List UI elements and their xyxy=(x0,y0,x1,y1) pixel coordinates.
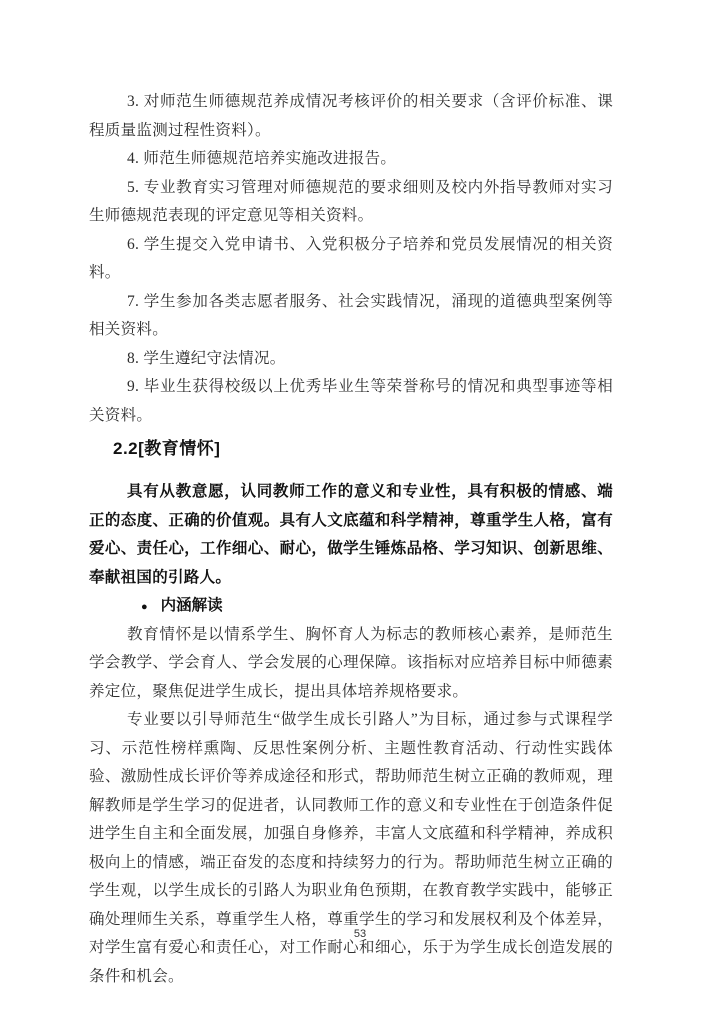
numbered-item: 7. 学生参加各类志愿者服务、社会实践情况，涌现的道德典型案例等相关资料。 xyxy=(89,288,613,345)
numbered-item: 9. 毕业生获得校级以上优秀毕业生等荣誉称号的情况和典型事迹等相关资料。 xyxy=(89,373,613,430)
bullet-list-item: ● 内涵解读 xyxy=(141,592,613,621)
numbered-item: 6. 学生提交入党申请书、入党积极分子培养和党员发展情况的相关资料。 xyxy=(89,231,613,288)
bullet-icon: ● xyxy=(141,593,148,622)
bullet-label: 内涵解读 xyxy=(161,592,223,621)
numbered-item: 8. 学生遵纪守法情况。 xyxy=(89,345,613,374)
body-paragraph: 专业要以引导师范生“做学生成长引路人”为目标，通过参与式课程学习、示范性榜样熏陶… xyxy=(89,706,613,991)
page-number: 53 xyxy=(0,928,720,940)
numbered-item: 4. 师范生师德规范培养实施改进报告。 xyxy=(89,145,613,174)
numbered-item: 5. 专业教育实习管理对师德规范的要求细则及校内外指导教师对实习生师德规范表现的… xyxy=(89,174,613,231)
body-paragraph: 教育情怀是以情系学生、胸怀育人为标志的教师核心素养，是师范生学会教学、学会育人、… xyxy=(89,621,613,707)
section-heading: 2.2[教育情怀] xyxy=(89,435,613,463)
page-content: 3. 对师范生师德规范养成情况考核评价的相关要求（含评价标准、课程质量监测过程性… xyxy=(89,88,613,991)
document-page: 3. 对师范生师德规范养成情况考核评价的相关要求（含评价标准、课程质量监测过程性… xyxy=(0,0,720,1018)
section-intro-paragraph: 具有从教意愿，认同教师工作的意义和专业性，具有积极的情感、端正的态度、正确的价值… xyxy=(89,478,613,592)
numbered-item: 3. 对师范生师德规范养成情况考核评价的相关要求（含评价标准、课程质量监测过程性… xyxy=(89,88,613,145)
